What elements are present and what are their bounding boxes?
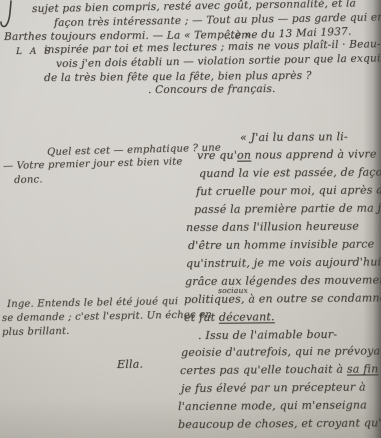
manuscript-page: sujet pas bien compris, resté avec goût,… (0, 0, 381, 438)
main-line: geoisie d'autrefois, qui ne prévoyait (181, 344, 381, 359)
main-line-text: qu'instruit, je me vois aujourd'hui, (186, 255, 381, 270)
main-line: passé la première partie de ma jeu- (194, 201, 381, 216)
subject-note: . Concours de français. (148, 83, 276, 96)
main-line: quand la vie est passée, de façon (199, 165, 381, 180)
underlined-word: on (237, 149, 251, 162)
main-line: politiques, à en outre se condamner (184, 291, 381, 306)
main-line-text: et fut (184, 311, 219, 324)
main-line-text: l'ancienne mode, qui m'enseigna (178, 398, 367, 413)
underlined-word: décevant. (219, 310, 275, 323)
main-line-text: je fus élevé par un précepteur à (181, 380, 366, 395)
margin-note-1-line: — Votre premier jour est bien vite (3, 156, 183, 172)
main-line: qu'instruit, je me vois aujourd'hui, (186, 255, 381, 270)
margin-note-2-line: se demande ; c'est l'esprit. Un échec en (2, 309, 212, 324)
main-line-text: nesse dans l'illusion heureuse (186, 219, 359, 234)
main-line-text: nous apprend à vivre (251, 147, 377, 161)
main-line-text: geoisie d'autrefois, qui ne prévoyait (181, 344, 381, 359)
header-line: de la très bien fête que la fête, bien p… (44, 70, 312, 84)
margin-note-2-line: plus brillant. (2, 326, 70, 338)
main-line-text: « J'ai lu dans un li- (240, 130, 348, 144)
main-line: certes pas qu'elle touchait à sa fin (180, 362, 379, 377)
main-line-text: fut cruelle pour moi, qui après avoir (196, 183, 381, 198)
main-line: nesse dans l'illusion heureuse (186, 219, 359, 234)
main-line: « J'ai lu dans un li- (240, 130, 348, 144)
main-line: . Issu de l'aimable bour- (198, 328, 337, 342)
main-line: beaucoup de choses, et croyant qu'il (178, 416, 381, 431)
main-line-text: . Issu de l'aimable bour- (198, 328, 337, 342)
margin-note-1-line: donc. (14, 174, 43, 186)
main-line-text: passé la première partie de ma jeu- (194, 201, 381, 216)
main-line-text: grâce aux légendes des mouvements (185, 273, 381, 288)
main-line-text: politiques, à en outre se condamner (184, 291, 381, 306)
main-line: fut cruelle pour moi, qui après avoir (196, 183, 381, 198)
margin-note-1-line: Quel est cet — emphatique ? une (47, 142, 221, 158)
main-line: l'ancienne mode, qui m'enseigna (178, 398, 367, 413)
corner-ink-stroke (0, 0, 16, 30)
main-line: vre qu'on nous apprend à vivre (197, 147, 377, 162)
main-line: d'être un homme invisible parce (188, 237, 374, 252)
main-line-text: certes pas qu'elle touchait à (180, 363, 347, 377)
main-line-text: quand la vie est passée, de façon (199, 165, 381, 180)
main-line: je fus élevé par un précepteur à (181, 380, 366, 395)
main-line: grâce aux légendes des mouvements (185, 273, 381, 288)
main-line-text: vre qu' (197, 149, 237, 162)
main-line: et fut décevant. (184, 310, 275, 324)
main-line-text: beaucoup de choses, et croyant qu'il (178, 416, 381, 431)
underlined-word: sa fin (347, 362, 379, 375)
signature: Ella. (117, 358, 143, 371)
main-line-text: d'être un homme invisible parce (188, 237, 374, 252)
margin-note-2-line: Inge. Entends le bel été joué qui (7, 296, 178, 310)
